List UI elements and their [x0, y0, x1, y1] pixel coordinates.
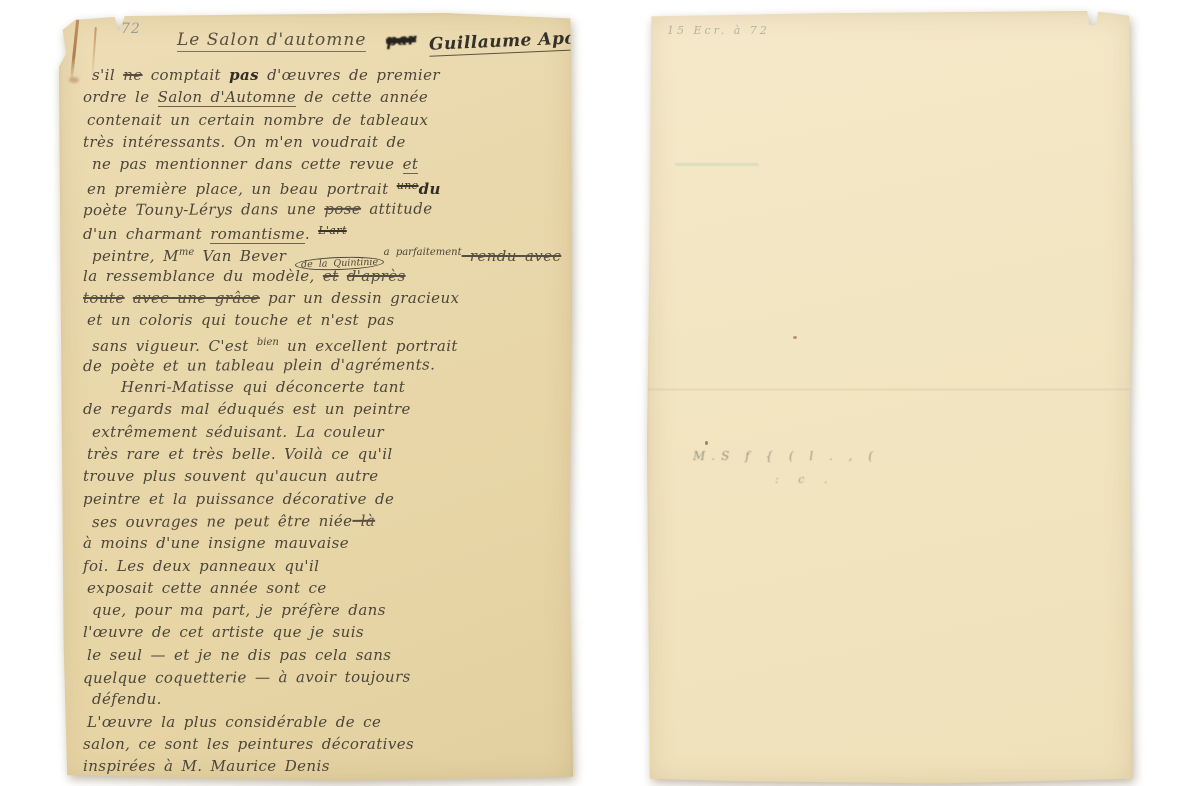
manuscript-line: l'œuvre de cet artiste que je suis — [83, 621, 553, 643]
manuscript-lines: s'il ne comptait pas d'œuvres de premier… — [83, 64, 553, 778]
manuscript-line: extrêmement séduisant. La couleur — [92, 421, 553, 443]
manuscript-line: que, pour ma part, je préfère dans — [92, 599, 553, 621]
manuscript-line: de regards mal éduqués est un peintre — [83, 398, 553, 420]
pencil-annotation: 15 Ecr. à 72 — [667, 24, 770, 37]
crossed-out-word: par — [385, 29, 416, 50]
fold-crease — [647, 389, 1133, 391]
manuscript-line: contenait un certain nombre de tableaux — [87, 109, 553, 131]
manuscript-photo: 72 Le Salon d'automne par Guillaume Apol… — [0, 0, 1180, 786]
manuscript-line: s'il ne comptait pas d'œuvres de premier — [92, 64, 553, 86]
manuscript-line: d'un charmant romantisme. L'art — [83, 220, 553, 242]
manuscript-line: et un coloris qui touche et n'est pas — [87, 309, 553, 331]
manuscript-line: toute avec une grâce par un dessin graci… — [83, 287, 553, 309]
manuscript-line: défendu. — [92, 688, 553, 710]
paper-speck — [793, 336, 797, 339]
ink-bleed-marks: : c . — [775, 473, 835, 486]
manuscript-line: très intéressants. On m'en voudrait de — [83, 131, 553, 153]
paper-speck — [705, 441, 708, 445]
manuscript-line: très rare et très belle. Voilà ce qu'il — [87, 443, 553, 465]
manuscript-line: L'œuvre la plus considérable de ce — [87, 711, 553, 733]
manuscript-line: salon, ce sont les peintures décoratives — [83, 733, 553, 755]
manuscript-line: exposait cette année sont ce — [87, 577, 553, 599]
author-byline: Guillaume Apollinaire — [428, 25, 649, 57]
manuscript-line: Henri-Matisse qui déconcerte tant — [87, 376, 553, 398]
manuscript-line: peintre, Mme Van Bever de la Quintiniea … — [92, 242, 553, 264]
recto-paper-sheet: 72 Le Salon d'automne par Guillaume Apol… — [59, 13, 573, 782]
manuscript-line: de poète et un tableau plein d'agréments… — [83, 353, 553, 377]
manuscript-line: ordre le Salon d'Automne de cette année — [83, 86, 553, 108]
ink-bleed-marks: M.S f { ( l . , ( — [693, 449, 879, 463]
verso-paper-sheet: 15 Ecr. à 72 M.S f { ( l . , ( : c . — [647, 11, 1133, 785]
manuscript-line: inspirées à M. Maurice Denis — [83, 755, 553, 777]
manuscript-line: ne pas mentionner dans cette revue et — [92, 153, 553, 175]
stain-mark — [69, 77, 79, 83]
manuscript-recto-page: 72 Le Salon d'automne par Guillaume Apol… — [59, 13, 573, 782]
faint-smudge — [675, 163, 759, 166]
manuscript-line: en première place, un beau portrait uned… — [87, 175, 553, 197]
manuscript-title-row: Le Salon d'automne par Guillaume Apollin… — [59, 30, 573, 52]
manuscript-line: peintre et la puissance décorative de — [83, 488, 553, 510]
manuscript-line: foi. Les deux panneaux qu'il — [83, 555, 553, 577]
manuscript-line: poète Touny-Lérys dans une pose attitude — [83, 197, 553, 221]
manuscript-line: quelque coquetterie — à avoir toujours — [83, 665, 553, 689]
manuscript-line: ses ouvrages ne peut être niée là — [92, 509, 553, 533]
manuscript-title: Le Salon d'automne — [177, 30, 366, 52]
manuscript-line: trouve plus souvent qu'aucun autre — [83, 465, 553, 487]
paper-edge-shading — [647, 11, 1133, 785]
manuscript-line: sans vigueur. C'est bien un excellent po… — [92, 332, 553, 354]
manuscript-verso-page: 15 Ecr. à 72 M.S f { ( l . , ( : c . — [647, 11, 1133, 785]
manuscript-line: le seul — et je ne dis pas cela sans — [87, 644, 553, 666]
manuscript-line: à moins d'une insigne mauvaise — [83, 532, 553, 554]
